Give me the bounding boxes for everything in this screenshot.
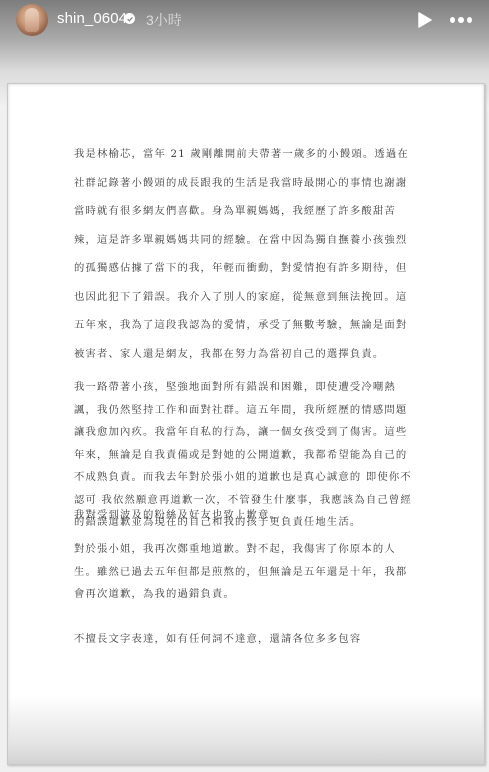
more-dot-icon (458, 17, 463, 23)
letter-paragraph-3: 我對受到波及的粉絲及好友也致上歉意。 (74, 504, 414, 527)
post-timestamp: 3小時 (146, 10, 182, 30)
letter-paragraph-1: 我是林榆芯，當年 21 歲剛離開前夫帶著一歲多的小饅頭。透過在社群記錄著小饅頭的… (74, 140, 414, 368)
avatar[interactable] (16, 4, 48, 36)
letter-paragraph-5: 不擅長文字表達，如有任何詞不達意，還請各位多多包容 (74, 628, 414, 651)
play-icon (418, 12, 432, 28)
more-dot-icon (467, 17, 472, 23)
verified-badge-icon (124, 13, 135, 24)
paper-bottom-shade (8, 696, 484, 764)
more-options-button[interactable] (450, 17, 472, 23)
play-button[interactable] (418, 12, 432, 28)
more-dot-icon (450, 17, 455, 23)
letter-paragraph-4: 對於張小姐，我再次鄭重地道歉。對不起，我傷害了你原本的人生。雖然已過去五年但都是… (74, 538, 414, 606)
username[interactable]: shin_0604 (57, 10, 127, 27)
story-header: shin_0604 3小時 (0, 0, 489, 40)
